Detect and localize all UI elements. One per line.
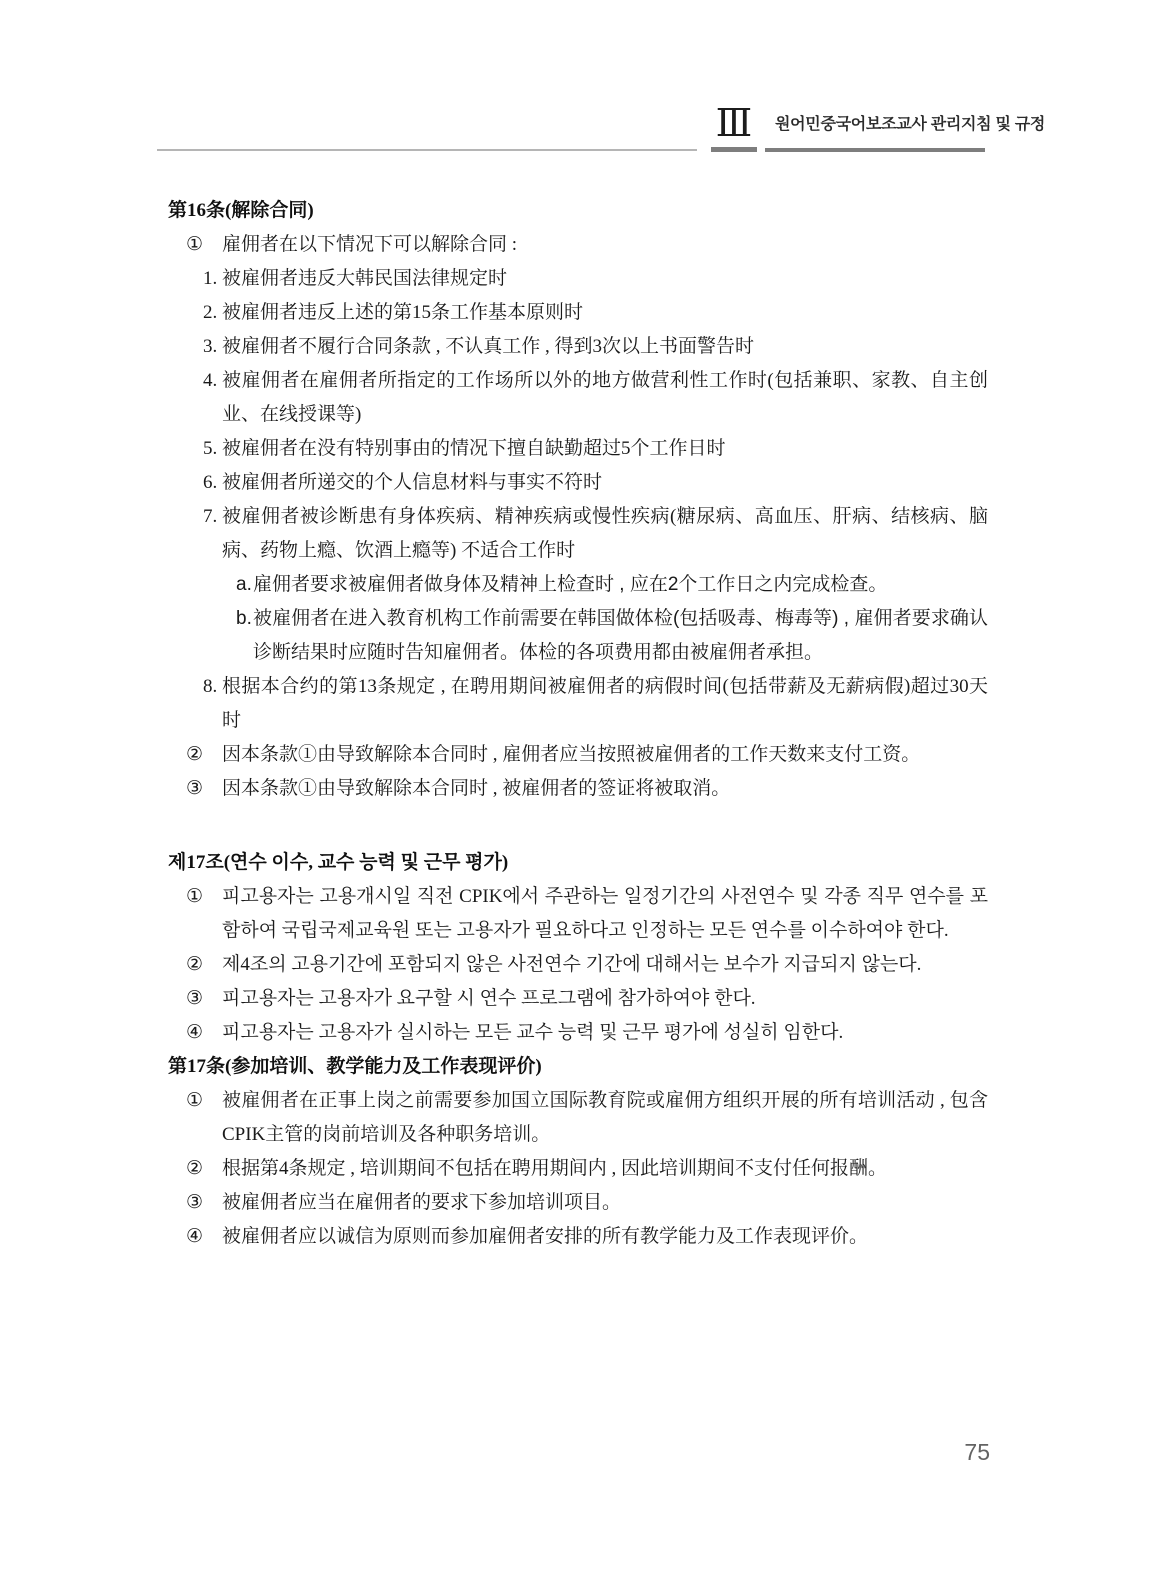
item-text: 被雇佣者违反大韩民国法律规定时 xyxy=(222,262,988,296)
clause-marker: ① xyxy=(168,880,222,948)
article16-item-2: 2. 被雇佣者违反上述的第15条工作基本原则时 xyxy=(168,296,988,330)
article16-clause2: ② 因本条款①由导致解除本合同时 , 雇佣者应当按照被雇佣者的工作天数来支付工资… xyxy=(168,738,988,772)
clause-marker: ② xyxy=(168,948,222,982)
clause-text: 被雇佣者应以诚信为原则而参加雇佣者安排的所有教学能力及工作表现评价。 xyxy=(222,1220,988,1254)
clause-text: 제4조의 고용기간에 포함되지 않은 사전연수 기간에 대해서는 보수가 지급되… xyxy=(222,948,988,982)
item-text: 被雇佣者被诊断患有身体疾病、精神疾病或慢性疾病(糖尿病、高血压、肝病、结核病、脑… xyxy=(222,500,988,568)
item-marker: 4. xyxy=(168,364,222,432)
clause-marker: ② xyxy=(168,1152,222,1186)
clause-marker: ④ xyxy=(168,1016,222,1050)
article17-ko-heading: 제17조(연수 이수, 교수 능력 및 근무 평가) xyxy=(168,846,988,880)
article16-item-8: 8. 根据本合约的第13条规定 , 在聘用期间被雇佣者的病假时间(包括带薪及无薪… xyxy=(168,670,988,738)
item-text: 被雇佣者违反上述的第15条工作基本原则时 xyxy=(222,296,988,330)
item-marker: 3. xyxy=(168,330,222,364)
article16-subitem-b: b. 被雇佣者在进入教育机构工作前需要在韩国做体检(包括吸毒、梅毒等) , 雇佣… xyxy=(168,602,988,670)
article16-clause3: ③ 因本条款①由导致解除本合同时 , 被雇佣者的签证将被取消。 xyxy=(168,772,988,806)
clause-text: 피고용자는 고용자가 실시하는 모든 교수 능력 및 근무 평가에 성실히 임한… xyxy=(222,1016,988,1050)
item-text: 被雇佣者所递交的个人信息材料与事实不符时 xyxy=(222,466,988,500)
page-number: 75 xyxy=(930,1438,990,1466)
clause-text: 雇佣者在以下情况下可以解除合同 : xyxy=(222,228,988,262)
article16-item-1: 1. 被雇佣者违反大韩民国法律规定时 xyxy=(168,262,988,296)
document-content: 第16条(解除合同) ① 雇佣者在以下情况下可以解除合同 : 1. 被雇佣者违反… xyxy=(168,194,988,1254)
item-marker: 7. xyxy=(168,500,222,568)
subitem-text: 被雇佣者在进入教育机构工作前需要在韩国做体检(包括吸毒、梅毒等) , 雇佣者要求… xyxy=(253,602,988,670)
item-marker: 8. xyxy=(168,670,222,738)
item-marker: 6. xyxy=(168,466,222,500)
clause-text: 被雇佣者在正事上岗之前需要参加国立国际教育院或雇佣方组织开展的所有培训活动 , … xyxy=(222,1084,988,1152)
article17-zh-clause1: ① 被雇佣者在正事上岗之前需要参加国立国际教育院或雇佣方组织开展的所有培训活动 … xyxy=(168,1084,988,1152)
clause-marker: ④ xyxy=(168,1220,222,1254)
subitem-text: 雇佣者要求被雇佣者做身体及精神上检查时 , 应在2个工作日之内完成检查。 xyxy=(253,568,988,602)
article17-ko-clause2: ② 제4조의 고용기간에 포함되지 않은 사전연수 기간에 대해서는 보수가 지… xyxy=(168,948,988,982)
article17-zh-clause2: ② 根据第4条规定 , 培训期间不包括在聘用期间内 , 因此培训期间不支付任何报… xyxy=(168,1152,988,1186)
subitem-marker: a. xyxy=(168,568,253,602)
clause-text: 피고용자는 고용개시일 직전 CPIK에서 주관하는 일정기간의 사전연수 및 … xyxy=(222,880,988,948)
article17-ko-clause4: ④ 피고용자는 고용자가 실시하는 모든 교수 능력 및 근무 평가에 성실히 … xyxy=(168,1016,988,1050)
header-title: 원어민중국어보조교사 관리지침 및 규정 xyxy=(775,115,990,135)
article16-clause1: ① 雇佣者在以下情况下可以解除合同 : xyxy=(168,228,988,262)
article16-heading: 第16条(解除合同) xyxy=(168,194,988,228)
clause-text: 根据第4条规定 , 培训期间不包括在聘用期间内 , 因此培训期间不支付任何报酬。 xyxy=(222,1152,988,1186)
item-marker: 2. xyxy=(168,296,222,330)
item-marker: 1. xyxy=(168,262,222,296)
article16-item-5: 5. 被雇佣者在没有特别事由的情况下擅自缺勤超过5个工作日时 xyxy=(168,432,988,466)
clause-marker: ① xyxy=(168,228,222,262)
item-marker: 5. xyxy=(168,432,222,466)
item-text: 被雇佣者不履行合同条款 , 不认真工作 , 得到3次以上书面警告时 xyxy=(222,330,988,364)
article16-item-7: 7. 被雇佣者被诊断患有身体疾病、精神疾病或慢性疾病(糖尿病、高血压、肝病、结核… xyxy=(168,500,988,568)
article16-item-3: 3. 被雇佣者不履行合同条款 , 不认真工作 , 得到3次以上书面警告时 xyxy=(168,330,988,364)
header-rule-left xyxy=(157,149,697,151)
article17-zh-clause3: ③ 被雇佣者应当在雇佣者的要求下参加培训项目。 xyxy=(168,1186,988,1220)
clause-text: 因本条款①由导致解除本合同时 , 雇佣者应当按照被雇佣者的工作天数来支付工资。 xyxy=(222,738,988,772)
document-page: Ⅲ 원어민중국어보조교사 관리지침 및 규정 第16条(解除合同) ① 雇佣者在… xyxy=(0,0,1159,1571)
clause-marker: ③ xyxy=(168,982,222,1016)
item-text: 根据本合约的第13条规定 , 在聘用期间被雇佣者的病假时间(包括带薪及无薪病假)… xyxy=(222,670,988,738)
clause-text: 被雇佣者应当在雇佣者的要求下参加培训项目。 xyxy=(222,1186,988,1220)
article17-zh-heading: 第17条(参加培训、教学能力及工作表现评价) xyxy=(168,1050,988,1084)
article16-item-6: 6. 被雇佣者所递交的个人信息材料与事实不符时 xyxy=(168,466,988,500)
clause-marker: ③ xyxy=(168,1186,222,1220)
clause-marker: ③ xyxy=(168,772,222,806)
article16-item-4: 4. 被雇佣者在雇佣者所指定的工作场所以外的地方做营利性工作时(包括兼职、家教、… xyxy=(168,364,988,432)
subitem-marker: b. xyxy=(168,602,253,670)
article17-zh-clause4: ④ 被雇佣者应以诚信为原则而参加雇佣者安排的所有教学能力及工作表现评价。 xyxy=(168,1220,988,1254)
clause-marker: ② xyxy=(168,738,222,772)
article17-ko-clause3: ③ 피고용자는 고용자가 요구할 시 연수 프로그램에 참가하여야 한다. xyxy=(168,982,988,1016)
clause-marker: ① xyxy=(168,1084,222,1152)
section-numeral: Ⅲ xyxy=(710,103,758,145)
clause-text: 因本条款①由导致解除本合同时 , 被雇佣者的签证将被取消。 xyxy=(222,772,988,806)
item-text: 被雇佣者在雇佣者所指定的工作场所以外的地方做营利性工作时(包括兼职、家教、自主创… xyxy=(222,364,988,432)
article16-subitem-a: a. 雇佣者要求被雇佣者做身体及精神上检查时 , 应在2个工作日之内完成检查。 xyxy=(168,568,988,602)
item-text: 被雇佣者在没有特别事由的情况下擅自缺勤超过5个工作日时 xyxy=(222,432,988,466)
article17-ko-clause1: ① 피고용자는 고용개시일 직전 CPIK에서 주관하는 일정기간의 사전연수 … xyxy=(168,880,988,948)
section-numeral-underline xyxy=(711,147,757,152)
header-title-underline xyxy=(765,148,985,152)
clause-text: 피고용자는 고용자가 요구할 시 연수 프로그램에 참가하여야 한다. xyxy=(222,982,988,1016)
